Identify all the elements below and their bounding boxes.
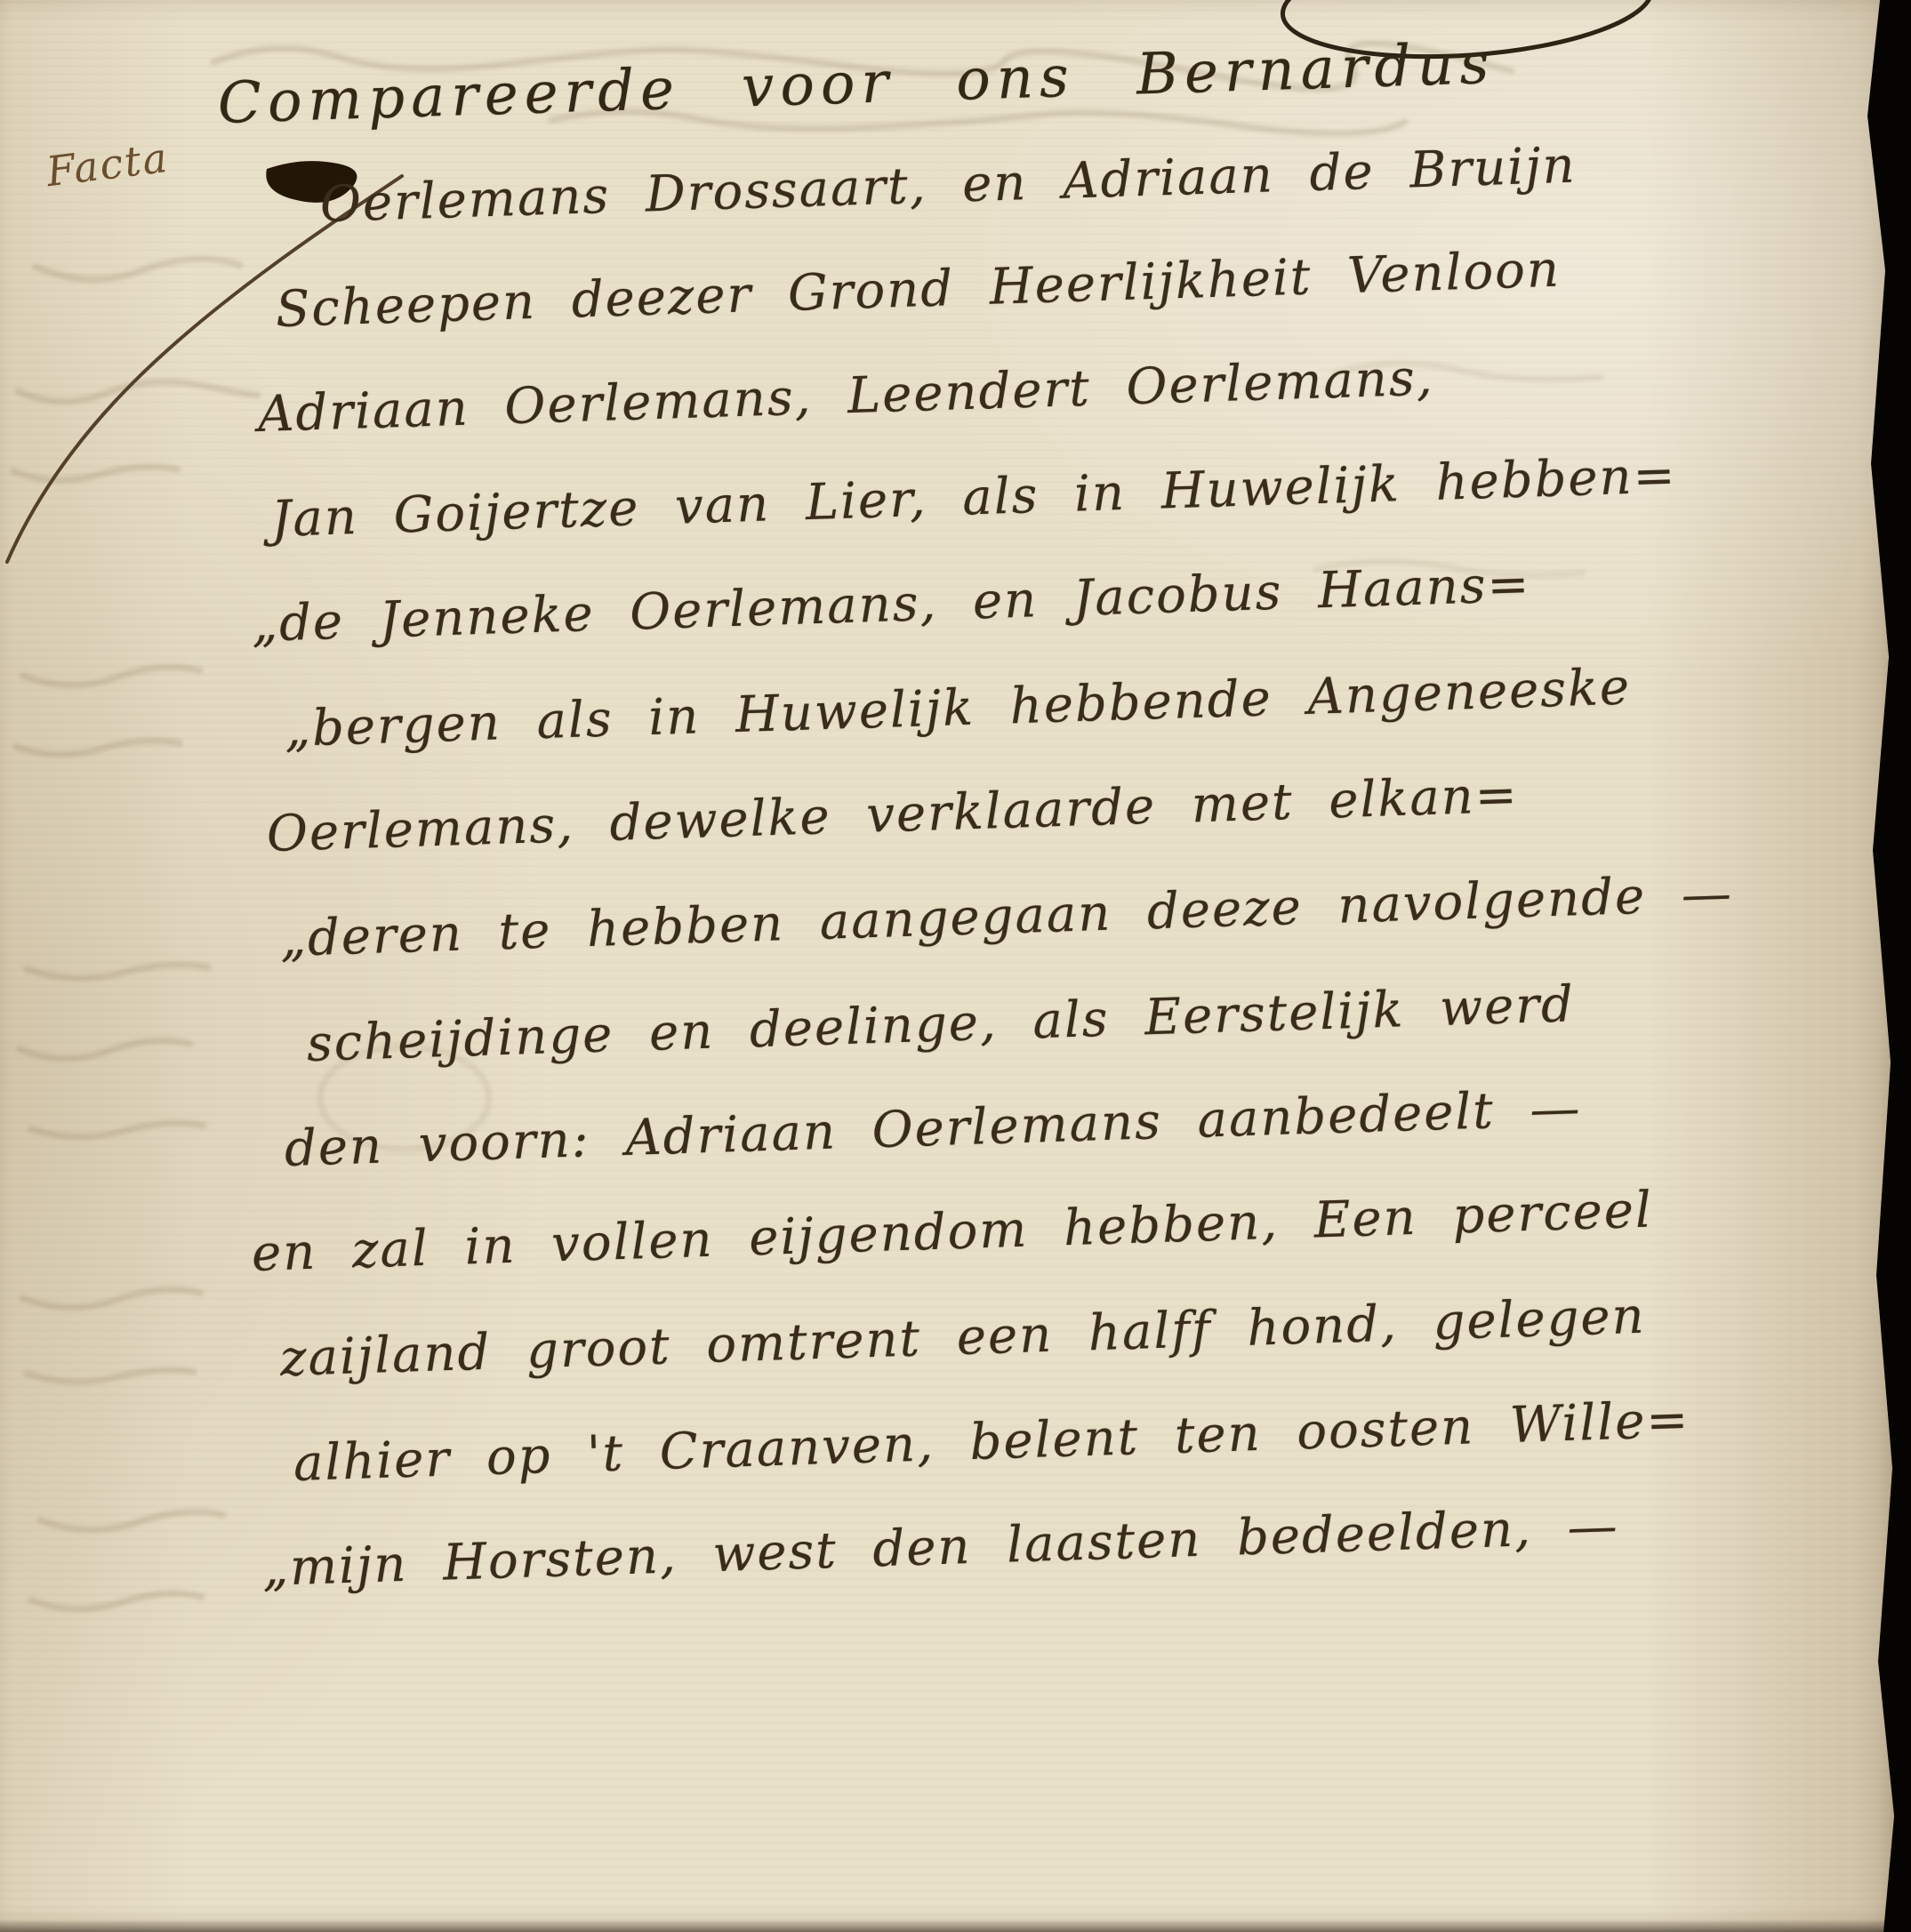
margin-note: Facta xyxy=(44,133,171,196)
handwritten-line: Oerlemans Drossaart, en Adriaan de Bruij… xyxy=(319,137,1578,234)
handwritten-line: „bergen als in Huwelijk hebbende Angenee… xyxy=(284,658,1632,758)
handwritten-line: alhier op 't Craanven, belent ten oosten… xyxy=(293,1391,1690,1493)
handwritten-line: „de Jenneke Oerlemans, en Jacobus Haans= xyxy=(251,556,1531,653)
handwritten-line: en zal in vollen eijgendom hebben, Een p… xyxy=(251,1181,1654,1282)
handwritten-line: Jan Goijertze van Lier, als in Huwelijk … xyxy=(270,446,1677,549)
handwritten-line: zaijland groot omtrent een halff hond, g… xyxy=(279,1287,1647,1388)
page-bottom-shadow xyxy=(0,1920,1911,1932)
handwritten-line: den voorn: Adriaan Oerlemans aanbedeelt … xyxy=(284,1079,1582,1178)
handwritten-line: Scheepen deezer Grond Heerlijkheit Venlo… xyxy=(275,241,1562,339)
handwritten-line: Adriaan Oerlemans, Leendert Oerlemans, xyxy=(257,349,1434,444)
handwritten-line: Compareerde voor ons Bernardus xyxy=(217,31,1497,137)
handwritten-line: Oerlemans, dewelke verklaarde met elkan= xyxy=(266,766,1520,863)
handwritten-line: „mijn Horsten, west den laasten bedeelde… xyxy=(261,1497,1620,1598)
manuscript-page: Facta Compareerde voor ons Bernardus Oer… xyxy=(0,0,1911,1932)
handwritten-line: „deren te hebben aangegaan deeze navolge… xyxy=(279,865,1734,968)
handwritten-line: scheijdinge en deelinge, als Eerstelijk … xyxy=(306,975,1576,1073)
